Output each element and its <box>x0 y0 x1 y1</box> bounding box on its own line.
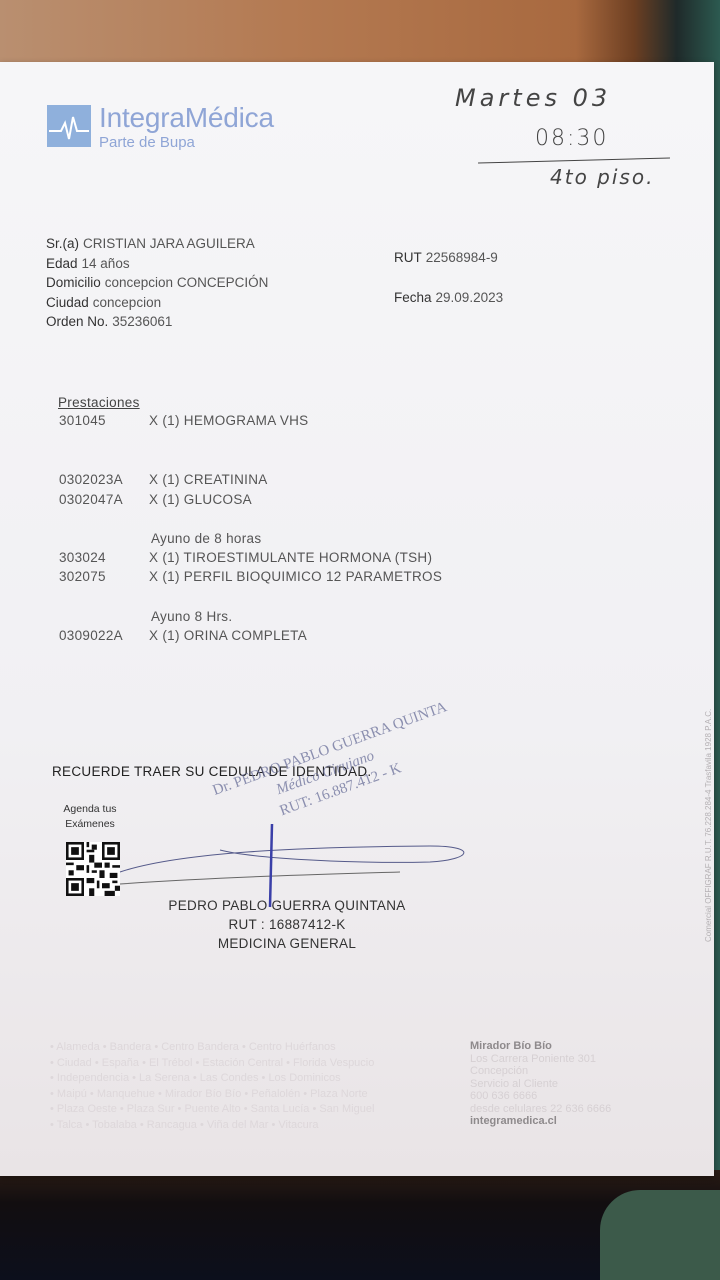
medical-order-document: IntegraMédica Parte de Bupa Martes 03 08… <box>0 62 714 1176</box>
branch-line: • Plaza Oeste • Plaza Sur • Puente Alto … <box>50 1102 374 1118</box>
age-label: Edad <box>46 256 78 271</box>
branch-line: • Maipú • Manquehue • Mirador Bío Bío • … <box>50 1087 374 1103</box>
prestacion-desc: X (1) PERFIL BIOQUIMICO 12 PARAMETROS <box>149 569 442 584</box>
prestacion-desc: X (1) ORINA COMPLETA <box>149 628 307 643</box>
prestacion-row: 0309022AX (1) ORINA COMPLETA <box>59 628 307 643</box>
prestacion-desc: X (1) GLUCOSA <box>149 492 252 507</box>
rut-field: RUT22568984-9 <box>394 250 498 265</box>
rut-label: RUT <box>394 250 422 265</box>
prestacion-row: 0302023AX (1) CREATININA <box>59 472 268 487</box>
city-label: Ciudad <box>46 295 89 310</box>
patient-info: Sr.(a)CRISTIAN JARA AGUILERA Edad14 años… <box>46 234 268 332</box>
date-field: Fecha29.09.2023 <box>394 290 503 305</box>
prestacion-code: 0302023A <box>59 472 149 487</box>
branch-name: Mirador Bío Bío <box>470 1040 611 1053</box>
agenda-line1: Agenda tus <box>57 802 123 817</box>
doctor-stamp: Dr. PEDRO PABLO GUERRA QUINTA Médico Cir… <box>210 697 464 841</box>
patient-name: CRISTIAN JARA AGUILERA <box>83 236 255 251</box>
prestacion-row: 0302047AX (1) GLUCOSA <box>59 492 252 507</box>
patient-address: concepcion CONCEPCIÓN <box>105 275 269 290</box>
patient-age: 14 años <box>82 256 130 271</box>
brand-subtitle: Parte de Bupa <box>99 134 274 152</box>
prestacion-code: 0309022A <box>59 628 149 643</box>
branch-address: Mirador Bío Bío Los Carrera Poniente 301… <box>470 1040 611 1128</box>
order-label: Orden No. <box>46 314 108 329</box>
fasting-note: Ayuno de 8 horas <box>151 531 261 546</box>
branch-line: • Alameda • Bandera • Centro Bandera • C… <box>50 1040 374 1056</box>
phone-line: desde celulares 22 636 6666 <box>470 1103 611 1116</box>
branch-line: • Talca • Tobalaba • Rancagua • Viña del… <box>50 1118 374 1134</box>
doctor-name: PEDRO PABLO GUERRA QUINTANA <box>0 898 574 913</box>
branch-line: • Independencia • La Serena • Las Condes… <box>50 1071 374 1087</box>
address-line: Los Carrera Poniente 301 <box>470 1053 611 1066</box>
prestacion-row: 301045X (1) HEMOGRAMA VHS <box>59 413 308 428</box>
heartbeat-icon <box>47 105 91 147</box>
fasting-note: Ayuno 8 Hrs. <box>151 609 232 624</box>
handwritten-floor: 4to piso. <box>550 165 654 189</box>
integramedica-logo: IntegraMédica Parte de Bupa <box>47 103 274 152</box>
printer-info: Comercial OFFIGRAF R.U.T. 76.228.284-4 T… <box>704 709 713 942</box>
handwritten-day: Martes 03 <box>455 84 611 112</box>
date-label: Fecha <box>394 290 432 305</box>
background-table <box>0 1170 720 1280</box>
patient-rut: 22568984-9 <box>426 250 498 265</box>
doctor-specialty: MEDICINA GENERAL <box>0 936 574 951</box>
prestacion-desc: X (1) TIROESTIMULANTE HORMONA (TSH) <box>149 550 432 565</box>
prestacion-code: 303024 <box>59 550 149 565</box>
branch-list: • Alameda • Bandera • Centro Bandera • C… <box>50 1040 374 1133</box>
prestacion-code: 0302047A <box>59 492 149 507</box>
branch-line: • Ciudad • España • El Trébol • Estación… <box>50 1056 374 1072</box>
prestacion-code: 301045 <box>59 413 149 428</box>
phone-line: 600 636 6666 <box>470 1090 611 1103</box>
prestaciones-title: Prestaciones <box>58 395 140 410</box>
prestacion-desc: X (1) CREATININA <box>149 472 268 487</box>
patient-city: concepcion <box>93 295 161 310</box>
handwritten-time: 08:30 <box>535 126 608 151</box>
prestacion-desc: X (1) HEMOGRAMA VHS <box>149 413 308 428</box>
prestacion-row: 303024X (1) TIROESTIMULANTE HORMONA (TSH… <box>59 550 432 565</box>
doctor-rut: RUT : 16887412-K <box>0 917 574 932</box>
name-label: Sr.(a) <box>46 236 79 251</box>
order-date: 29.09.2023 <box>436 290 504 305</box>
website-link[interactable]: integramedica.cl <box>470 1115 611 1128</box>
order-number: 35236061 <box>112 314 172 329</box>
brand-name: IntegraMédica <box>99 103 274 133</box>
prestacion-row: 302075X (1) PERFIL BIOQUIMICO 12 PARAMET… <box>59 569 442 584</box>
prestacion-code: 302075 <box>59 569 149 584</box>
address-label: Domicilio <box>46 275 101 290</box>
handwritten-underline <box>478 157 670 163</box>
address-line: Concepción <box>470 1065 611 1078</box>
address-line: Servicio al Cliente <box>470 1078 611 1091</box>
